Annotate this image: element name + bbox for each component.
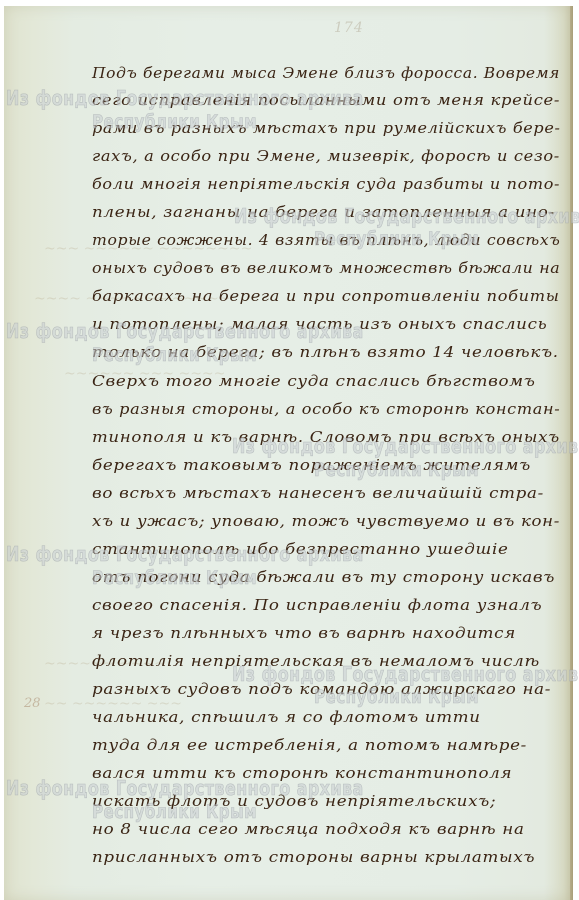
text-line: гахъ, а особо при Эмене, мизеврік, форос… xyxy=(92,149,560,179)
text-line: стантинополѣ ибо безпрестанно ушедшіе xyxy=(92,542,509,572)
text-line: я чрезъ плѣнныхъ что въ варнѣ находится xyxy=(92,626,516,656)
text-line: баркасахъ на берега и при сопротивленіи … xyxy=(92,289,560,319)
text-line: вался итти къ сторонѣ константинополя xyxy=(92,766,512,796)
text-line: но 8 числа сего мѣсяца подходя къ варнѣ … xyxy=(92,822,525,852)
text-line: во всѣхъ мѣстахъ нанесенъ величайшій стр… xyxy=(92,486,544,516)
text-line: чальника, спѣшилъ я со флотомъ итти xyxy=(92,710,481,740)
text-line: искать флотъ и судовъ непріятельскихъ; xyxy=(92,794,496,824)
text-line: только на берега; въ плѣнъ взято 14 чело… xyxy=(92,345,559,375)
text-line: хъ и ужасъ; уповаю, тожъ чувствуемо и въ… xyxy=(92,514,560,544)
text-line: туда для ее истребленія, а потомъ намѣре… xyxy=(92,738,527,768)
text-line: рами въ разныхъ мѣстахъ при румелійскихъ… xyxy=(92,121,561,151)
text-line: флотилія непріятельская въ немаломъ числ… xyxy=(92,654,540,684)
text-line: Подъ берегами мыса Эмене близъ форосса. … xyxy=(92,66,560,96)
text-line: разныхъ судовъ подъ командою алжирскаго … xyxy=(92,682,551,712)
text-line: боли многія непріятельскія суда разбиты … xyxy=(92,177,560,207)
text-line: въ разныя стороны, а особо къ сторонѣ ко… xyxy=(92,402,560,432)
page-edge xyxy=(570,6,573,900)
text-line: присланныхъ отъ стороны варны крылатыхъ xyxy=(92,850,535,880)
text-line: и потоплены; малая часть изъ оныхъ спасл… xyxy=(92,317,547,347)
text-line: оныхъ судовъ въ великомъ множествѣ бѣжал… xyxy=(92,261,560,291)
text-line: плены, загнаны на берега и затопленныя а… xyxy=(92,205,555,235)
folio-number: 174 xyxy=(334,20,364,36)
text-line: отъ погони суда бѣжали въ ту сторону иск… xyxy=(92,570,555,600)
text-line: торые сожжены. 4 взяты въ плѣнъ, люди со… xyxy=(92,233,560,263)
text-line: Сверхъ того многіе суда спаслись бѣгство… xyxy=(92,374,536,404)
text-line: берегахъ таковымъ пораженіемъ жителямъ xyxy=(92,458,531,488)
manuscript-page: 174 ~~~ ~~~~~~ ~~~~~~~~ ~~~~ ~~~~~~~ ~~~… xyxy=(4,6,570,900)
text-line: своего спасенія. По исправленіи флота уз… xyxy=(92,598,542,628)
text-line: сего исправленія посыланными отъ меня кр… xyxy=(92,93,560,123)
text-line: тинополя и къ варнѣ. Словомъ при всѣхъ о… xyxy=(92,430,560,460)
margin-page-number: 28 xyxy=(24,696,41,711)
